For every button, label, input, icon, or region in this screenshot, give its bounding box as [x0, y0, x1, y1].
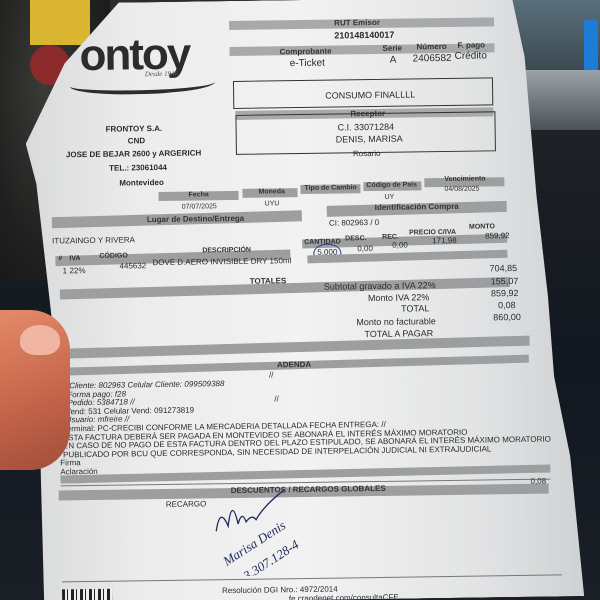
footer-line	[62, 574, 562, 582]
codigo-pais-value: UY	[385, 194, 395, 201]
moneda-label: Moneda	[258, 188, 285, 195]
comprobante-label: Comprobante	[279, 47, 331, 57]
qr-code	[62, 589, 112, 600]
tipo-cambio-label: Tipo de Cambio	[304, 184, 356, 192]
total-row-2-label: Monto IVA 22%	[368, 292, 430, 303]
adenda-bottom-bar	[60, 464, 550, 483]
adenda-top-bar	[65, 336, 530, 359]
col-codigo: CÓDIGO	[99, 252, 127, 259]
rut-label: RUT Emisor	[334, 18, 380, 28]
destino-value: ITUZAINGO Y RIVERA	[52, 235, 135, 245]
receipt-paper: ontoy Desde 1946 RUT Emisor 210148140017…	[24, 0, 584, 600]
fecha-value: 07/07/2025	[182, 203, 217, 210]
thumb-nail	[20, 325, 60, 355]
logo-subtitle: Desde 1946	[145, 70, 178, 78]
receptor-name: DENIS, MARISA	[336, 134, 403, 145]
codigo-pais-label: Código de País	[366, 181, 417, 189]
comprobante-value: e-Ticket	[290, 58, 325, 69]
company-address: JOSE DE BEJAR 2600 y ARGERICH	[66, 148, 201, 159]
moneda-value: UYU	[265, 200, 280, 207]
total-row-1-label: Subtotal gravado a IVA 22%	[324, 280, 436, 292]
item-iva: 22%	[70, 266, 86, 275]
destino-label: Lugar de Destino/Entrega	[147, 214, 244, 224]
total-row-2-value: 859,92	[491, 288, 519, 298]
company-city: Montevideo	[119, 178, 164, 188]
fpago-label: F. pago	[457, 40, 485, 49]
total-row-0-value: 704,85	[490, 263, 518, 273]
logo-swoosh	[70, 73, 215, 95]
col-monto: MONTO	[469, 223, 495, 230]
serie-value: A	[390, 55, 397, 66]
rut-value: 210148140017	[334, 30, 394, 41]
handwritten-signature: Marisa Denis 3.307.128-4	[206, 485, 337, 577]
adenda-sep-2: //	[274, 394, 279, 403]
receptor-ci: C.I. 33071284	[338, 122, 395, 133]
total-row-3-value: 0,08	[498, 300, 516, 310]
receptor-city: Rosario	[353, 149, 381, 158]
background-blue-object	[584, 20, 598, 75]
item-num: 1	[63, 266, 68, 275]
serie-label: Serie	[382, 44, 402, 53]
item-rec: 0,00	[392, 241, 408, 250]
totales-label: TOTALES	[250, 276, 287, 286]
item-monto: 859,92	[485, 231, 510, 240]
company-line2: CND	[128, 136, 145, 145]
total-a-pagar-label: TOTAL A PAGAR	[364, 328, 433, 339]
total-row-1-value: 155,07	[491, 276, 519, 286]
total-row-3-label: TOTAL	[401, 303, 429, 313]
total-row-4-label: Monto no facturable	[356, 316, 436, 327]
recargo-label: RECARGO	[166, 499, 207, 509]
consulta-url: ...fe.crandenet.com/consultaCFE	[282, 593, 399, 600]
col-descripcion: DESCRIPCIÓN	[202, 247, 251, 255]
global-value: 0,08	[530, 477, 546, 486]
adenda-sep-1: //	[269, 370, 274, 379]
adenda-line-cliente: Cliente: 802963 Celular Cliente: 0995093…	[69, 379, 224, 390]
numero-value: 2406582	[413, 53, 452, 65]
col-desc: DESC.	[345, 235, 367, 242]
compra-label: Identificación Compra	[375, 202, 459, 212]
company-phone: TEL.: 23061044	[109, 163, 167, 173]
vencimiento-value: 04/08/2025	[444, 186, 479, 193]
consumo-label: CONSUMO FINALLLL	[325, 89, 415, 100]
col-num: #	[58, 255, 62, 262]
fpago-value: Crédito	[455, 50, 487, 61]
col-iva: IVA	[69, 255, 80, 262]
item-codigo: 445632	[119, 261, 146, 270]
numero-label: Número	[416, 42, 446, 51]
firma-label: Firma	[60, 458, 81, 467]
item-precio: 171,98	[432, 236, 457, 245]
total-row-4-value: 860,00	[493, 312, 521, 322]
item-descripcion: DOVE D.AERO INVISIBLE DRY 150ml	[152, 256, 291, 267]
fecha-label: Fecha	[188, 191, 208, 198]
background-yellow-object	[30, 0, 90, 45]
item-desc: 0,00	[357, 244, 373, 253]
compra-value: CI: 802963 / 0	[329, 218, 379, 228]
company-name: FRONTOY S.A.	[106, 124, 163, 134]
vencimiento-label: Vencimiento	[444, 175, 485, 183]
adenda-label: ADENDA	[277, 360, 311, 369]
